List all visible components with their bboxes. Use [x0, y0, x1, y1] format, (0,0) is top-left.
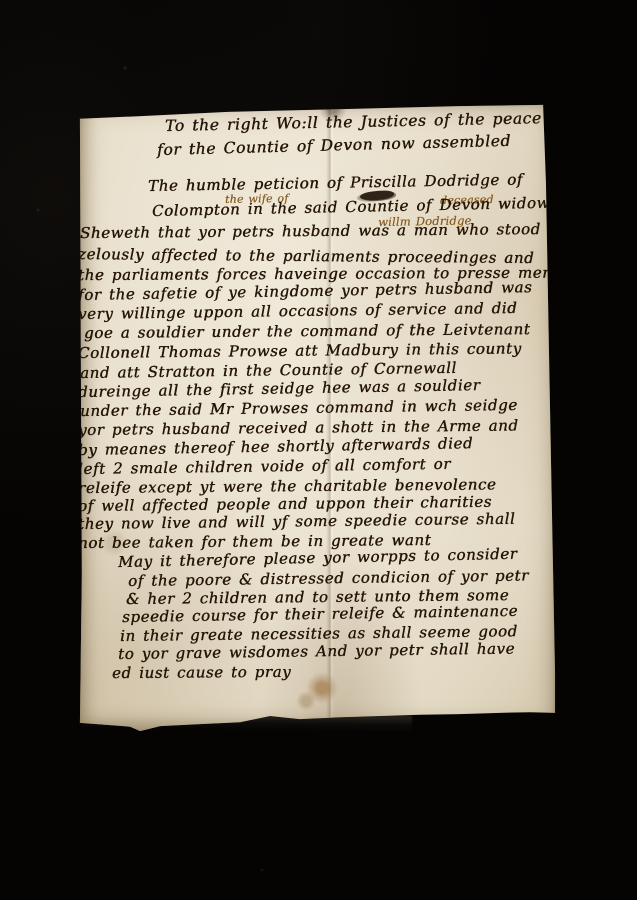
manuscript-line: ed iust cause to pray: [112, 663, 291, 682]
manuscript-line: Sheweth that yor petrs husband was a man…: [80, 220, 541, 242]
manuscript-page: To the right Wo:ll the Justices of the p…: [78, 103, 556, 733]
manuscript-line: The humble peticion of Priscilla Dodridg…: [148, 170, 523, 195]
manuscript-text: To the right Wo:ll the Justices of the p…: [78, 103, 556, 733]
manuscript-line: To the right Wo:ll the Justices of the p…: [165, 109, 542, 135]
manuscript-line: goe a souldier under the command of the …: [84, 320, 530, 342]
photo-of-manuscript: To the right Wo:ll the Justices of the p…: [0, 0, 637, 900]
manuscript-line: left 2 smale children voide of all comfo…: [78, 455, 451, 478]
manuscript-line: Colompton in the said Countie of Devon w…: [152, 194, 550, 220]
manuscript-line: for the Countie of Devon now assembled: [157, 132, 511, 159]
